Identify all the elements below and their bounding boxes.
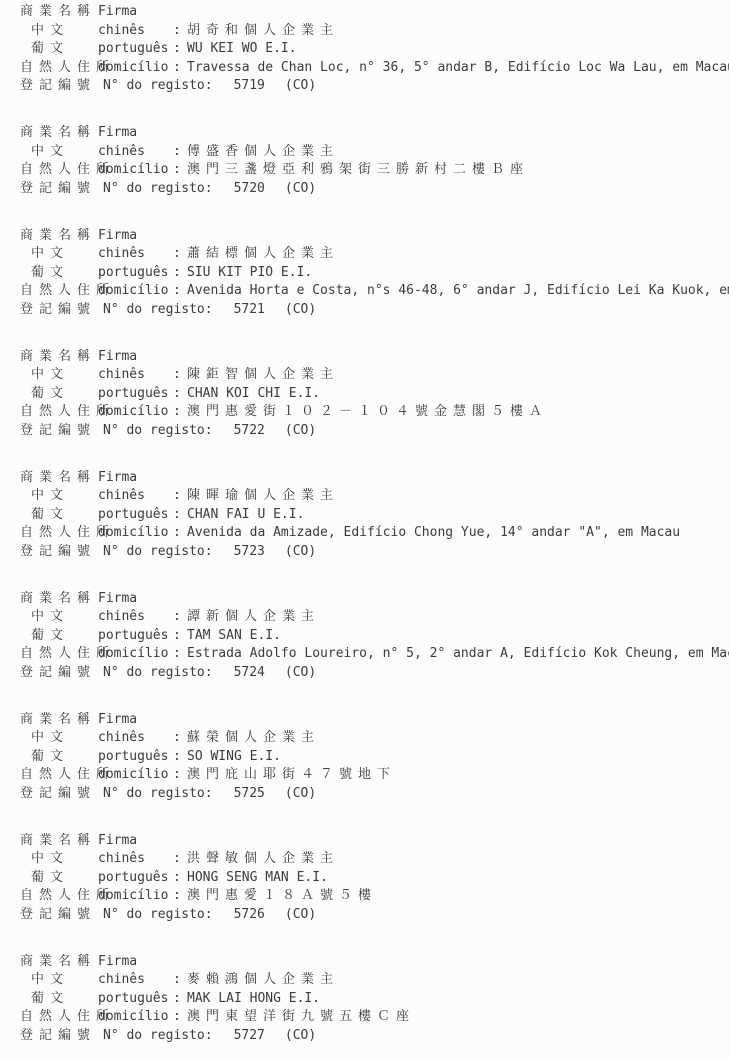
registration-number: 5724	[234, 664, 265, 683]
record-row-portuguese-name: 葡文 português : MAK LAI HONG E.I.	[20, 990, 729, 1009]
registration-number: 5723	[234, 543, 265, 562]
colon-separator: :	[173, 850, 187, 869]
record-row-registration: 登記編號 N° do registo: 5721 (CO)	[20, 301, 729, 320]
business-name-chinese: 蘇榮個人企業主	[187, 729, 729, 748]
registration-label-cn: 登記編號	[20, 180, 103, 199]
firm-label-pt: Firma	[98, 711, 173, 730]
business-record: 商業名稱 Firma 中文 chinês : 傅盛香個人企業主 自然人住所 do…	[20, 124, 729, 198]
record-row-portuguese-name: 葡文 português : TAM SAN E.I.	[20, 627, 729, 646]
registration-label-pt: N° do registo:	[103, 180, 213, 199]
colon-separator: :	[173, 487, 187, 506]
business-name-portuguese: TAM SAN E.I.	[187, 627, 729, 646]
firm-label-cn: 商業名稱	[20, 3, 98, 22]
firm-label-pt: Firma	[98, 590, 173, 609]
business-name-chinese: 蕭結標個人企業主	[187, 245, 729, 264]
record-row-portuguese-name: 葡文 português : CHAN FAI U E.I.	[20, 506, 729, 525]
firm-label-pt: Firma	[98, 348, 173, 367]
record-row-registration: 登記編號 N° do registo: 5727 (CO)	[20, 1027, 729, 1046]
address-label-cn: 自然人住所	[20, 887, 98, 906]
record-row-registration: 登記編號 N° do registo: 5720 (CO)	[20, 180, 729, 199]
firm-label-pt: Firma	[98, 832, 173, 851]
record-row-chinese-name: 中文 chinês : 蕭結標個人企業主	[20, 245, 729, 264]
colon-separator: :	[173, 869, 187, 888]
record-row-firm: 商業名稱 Firma	[20, 590, 729, 609]
address-label-pt: domicílio	[98, 887, 173, 906]
record-row-chinese-name: 中文 chinês : 傅盛香個人企業主	[20, 143, 729, 162]
colon-separator: :	[173, 264, 187, 283]
chinese-label: 中文	[20, 971, 98, 990]
record-row-firm: 商業名稱 Firma	[20, 348, 729, 367]
registration-label-pt: N° do registo:	[103, 301, 213, 320]
firm-label-cn: 商業名稱	[20, 711, 98, 730]
business-name-chinese: 胡奇和個人企業主	[187, 22, 729, 41]
record-row-registration: 登記編號 N° do registo: 5723 (CO)	[20, 543, 729, 562]
address-label-cn: 自然人住所	[20, 645, 98, 664]
record-row-address: 自然人住所 domicílio : 澳門惠愛街１０２－１０４號金慧閣５樓Ａ	[20, 403, 729, 422]
record-row-address: 自然人住所 domicílio : Estrada Adolfo Loureir…	[20, 645, 729, 664]
registration-label-cn: 登記編號	[20, 301, 103, 320]
business-record: 商業名稱 Firma 中文 chinês : 陳鉅智個人企業主 葡文 portu…	[20, 348, 729, 441]
address-label-cn: 自然人住所	[20, 1008, 98, 1027]
record-row-registration: 登記編號 N° do registo: 5719 (CO)	[20, 77, 729, 96]
firm-label-cn: 商業名稱	[20, 832, 98, 851]
chinese-lang-label: chinês	[98, 729, 173, 748]
address-value: 澳門東望洋街九號五樓Ｃ座	[187, 1008, 729, 1027]
business-record: 商業名稱 Firma 中文 chinês : 胡奇和個人企業主 葡文 portu…	[20, 3, 729, 96]
registration-label-pt: N° do registo:	[103, 422, 213, 441]
business-record: 商業名稱 Firma 中文 chinês : 洪聲敏個人企業主 葡文 portu…	[20, 832, 729, 925]
address-label-pt: domicílio	[98, 645, 173, 664]
record-row-registration: 登記編號 N° do registo: 5725 (CO)	[20, 785, 729, 804]
record-row-chinese-name: 中文 chinês : 陳暉瑜個人企業主	[20, 487, 729, 506]
business-record: 商業名稱 Firma 中文 chinês : 陳暉瑜個人企業主 葡文 portu…	[20, 469, 729, 562]
registration-number: 5719	[234, 77, 265, 96]
chinese-lang-label: chinês	[98, 143, 173, 162]
portuguese-label: 葡文	[20, 627, 98, 646]
chinese-label: 中文	[20, 850, 98, 869]
business-name-portuguese: WU KEI WO E.I.	[187, 40, 729, 59]
chinese-lang-label: chinês	[98, 971, 173, 990]
chinese-label: 中文	[20, 143, 98, 162]
business-name-portuguese: SIU KIT PIO E.I.	[187, 264, 729, 283]
colon-separator: :	[173, 403, 187, 422]
address-label-cn: 自然人住所	[20, 161, 98, 180]
record-row-registration: 登記編號 N° do registo: 5724 (CO)	[20, 664, 729, 683]
business-name-chinese: 洪聲敏個人企業主	[187, 850, 729, 869]
registration-number: 5727	[234, 1027, 265, 1046]
registration-suffix: (CO)	[285, 906, 316, 925]
portuguese-lang-label: português	[98, 264, 173, 283]
address-value: 澳門惠愛街１０２－１０４號金慧閣５樓Ａ	[187, 403, 729, 422]
record-row-address: 自然人住所 domicílio : 澳門三盞燈亞利鴉架街三勝新村二樓Ｂ座	[20, 161, 729, 180]
address-value: 澳門三盞燈亞利鴉架街三勝新村二樓Ｂ座	[187, 161, 729, 180]
record-row-address: 自然人住所 domicílio : 澳門庇山耶街４７號地下	[20, 766, 729, 785]
firm-label-pt: Firma	[98, 227, 173, 246]
registration-label-pt: N° do registo:	[103, 664, 213, 683]
colon-separator: :	[173, 22, 187, 41]
record-row-chinese-name: 中文 chinês : 麥賴鴻個人企業主	[20, 971, 729, 990]
portuguese-label: 葡文	[20, 990, 98, 1009]
address-label-pt: domicílio	[98, 766, 173, 785]
colon-separator: :	[173, 608, 187, 627]
registration-number: 5725	[234, 785, 265, 804]
chinese-label: 中文	[20, 366, 98, 385]
record-row-firm: 商業名稱 Firma	[20, 227, 729, 246]
registration-label-pt: N° do registo:	[103, 77, 213, 96]
address-label-pt: domicílio	[98, 59, 173, 78]
record-row-firm: 商業名稱 Firma	[20, 953, 729, 972]
portuguese-lang-label: português	[98, 385, 173, 404]
business-record: 商業名稱 Firma 中文 chinês : 麥賴鴻個人企業主 葡文 portu…	[20, 953, 729, 1046]
address-label-cn: 自然人住所	[20, 766, 98, 785]
record-row-chinese-name: 中文 chinês : 蘇榮個人企業主	[20, 729, 729, 748]
business-name-portuguese: CHAN KOI CHI E.I.	[187, 385, 729, 404]
colon-separator: :	[173, 282, 187, 301]
record-row-portuguese-name: 葡文 português : WU KEI WO E.I.	[20, 40, 729, 59]
portuguese-lang-label: português	[98, 869, 173, 888]
chinese-label: 中文	[20, 608, 98, 627]
colon-separator: :	[173, 645, 187, 664]
business-record: 商業名稱 Firma 中文 chinês : 蕭結標個人企業主 葡文 portu…	[20, 227, 729, 320]
portuguese-label: 葡文	[20, 264, 98, 283]
address-value: Estrada Adolfo Loureiro, n° 5, 2° andar …	[187, 645, 729, 664]
chinese-lang-label: chinês	[98, 366, 173, 385]
registration-suffix: (CO)	[285, 543, 316, 562]
chinese-lang-label: chinês	[98, 487, 173, 506]
firm-label-pt: Firma	[98, 3, 173, 22]
chinese-label: 中文	[20, 245, 98, 264]
registration-number: 5720	[234, 180, 265, 199]
record-row-portuguese-name: 葡文 português : CHAN KOI CHI E.I.	[20, 385, 729, 404]
record-row-firm: 商業名稱 Firma	[20, 3, 729, 22]
firm-label-cn: 商業名稱	[20, 227, 98, 246]
records-list: 商業名稱 Firma 中文 chinês : 胡奇和個人企業主 葡文 portu…	[20, 3, 729, 1045]
record-row-address: 自然人住所 domicílio : 澳門惠愛１８Ａ號５樓	[20, 887, 729, 906]
registration-label-cn: 登記編號	[20, 664, 103, 683]
business-record: 商業名稱 Firma 中文 chinês : 蘇榮個人企業主 葡文 portug…	[20, 711, 729, 804]
registration-number: 5726	[234, 906, 265, 925]
record-row-address: 自然人住所 domicílio : Avenida da Amizade, Ed…	[20, 524, 729, 543]
address-label-pt: domicílio	[98, 524, 173, 543]
business-name-portuguese: HONG SENG MAN E.I.	[187, 869, 729, 888]
colon-separator: :	[173, 748, 187, 767]
business-name-chinese: 傅盛香個人企業主	[187, 143, 729, 162]
registration-suffix: (CO)	[285, 180, 316, 199]
firm-label-pt: Firma	[98, 953, 173, 972]
record-row-firm: 商業名稱 Firma	[20, 124, 729, 143]
registration-label-cn: 登記編號	[20, 543, 103, 562]
address-value: 澳門庇山耶街４７號地下	[187, 766, 729, 785]
firm-label-cn: 商業名稱	[20, 469, 98, 488]
colon-separator: :	[173, 971, 187, 990]
record-row-firm: 商業名稱 Firma	[20, 832, 729, 851]
firm-label-pt: Firma	[98, 124, 173, 143]
colon-separator: :	[173, 245, 187, 264]
address-label-pt: domicílio	[98, 282, 173, 301]
registration-label-cn: 登記編號	[20, 785, 103, 804]
registration-label-pt: N° do registo:	[103, 906, 213, 925]
portuguese-lang-label: português	[98, 506, 173, 525]
registration-number: 5722	[234, 422, 265, 441]
colon-separator: :	[173, 385, 187, 404]
address-label-cn: 自然人住所	[20, 282, 98, 301]
address-value: Avenida Horta e Costa, n°s 46-48, 6° and…	[187, 282, 729, 301]
address-label-cn: 自然人住所	[20, 59, 98, 78]
registration-suffix: (CO)	[285, 785, 316, 804]
colon-separator: :	[173, 729, 187, 748]
colon-separator: :	[173, 524, 187, 543]
business-record: 商業名稱 Firma 中文 chinês : 譚新個人企業主 葡文 portug…	[20, 590, 729, 683]
firm-label-pt: Firma	[98, 469, 173, 488]
registration-suffix: (CO)	[285, 422, 316, 441]
address-value: Avenida da Amizade, Edifício Chong Yue, …	[187, 524, 729, 543]
portuguese-lang-label: português	[98, 627, 173, 646]
portuguese-label: 葡文	[20, 748, 98, 767]
colon-separator: :	[173, 366, 187, 385]
record-row-firm: 商業名稱 Firma	[20, 469, 729, 488]
chinese-lang-label: chinês	[98, 22, 173, 41]
registration-label-pt: N° do registo:	[103, 785, 213, 804]
chinese-label: 中文	[20, 729, 98, 748]
address-value: Travessa de Chan Loc, n° 36, 5° andar B,…	[187, 59, 729, 78]
registration-number: 5721	[234, 301, 265, 320]
business-name-portuguese: SO WING E.I.	[187, 748, 729, 767]
address-label-pt: domicílio	[98, 1008, 173, 1027]
registration-suffix: (CO)	[285, 301, 316, 320]
colon-separator: :	[173, 887, 187, 906]
portuguese-lang-label: português	[98, 990, 173, 1009]
firm-label-cn: 商業名稱	[20, 124, 98, 143]
registration-suffix: (CO)	[285, 664, 316, 683]
portuguese-label: 葡文	[20, 40, 98, 59]
registration-label-cn: 登記編號	[20, 422, 103, 441]
address-label-pt: domicílio	[98, 403, 173, 422]
firm-label-cn: 商業名稱	[20, 348, 98, 367]
chinese-lang-label: chinês	[98, 245, 173, 264]
portuguese-label: 葡文	[20, 869, 98, 888]
chinese-label: 中文	[20, 22, 98, 41]
colon-separator: :	[173, 1008, 187, 1027]
registration-label-cn: 登記編號	[20, 906, 103, 925]
colon-separator: :	[173, 766, 187, 785]
record-row-address: 自然人住所 domicílio : Avenida Horta e Costa,…	[20, 282, 729, 301]
record-row-chinese-name: 中文 chinês : 譚新個人企業主	[20, 608, 729, 627]
record-row-portuguese-name: 葡文 português : HONG SENG MAN E.I.	[20, 869, 729, 888]
firm-label-cn: 商業名稱	[20, 953, 98, 972]
address-value: 澳門惠愛１８Ａ號５樓	[187, 887, 729, 906]
chinese-lang-label: chinês	[98, 608, 173, 627]
registration-label-pt: N° do registo:	[103, 1027, 213, 1046]
record-row-portuguese-name: 葡文 português : SIU KIT PIO E.I.	[20, 264, 729, 283]
colon-separator: :	[173, 59, 187, 78]
business-name-chinese: 陳暉瑜個人企業主	[187, 487, 729, 506]
colon-separator: :	[173, 506, 187, 525]
business-name-chinese: 譚新個人企業主	[187, 608, 729, 627]
registry-page: 商業名稱 Firma 中文 chinês : 胡奇和個人企業主 葡文 portu…	[0, 0, 729, 1057]
chinese-lang-label: chinês	[98, 850, 173, 869]
chinese-label: 中文	[20, 487, 98, 506]
registration-suffix: (CO)	[285, 77, 316, 96]
business-name-portuguese: MAK LAI HONG E.I.	[187, 990, 729, 1009]
colon-separator: :	[173, 161, 187, 180]
registration-suffix: (CO)	[285, 1027, 316, 1046]
portuguese-label: 葡文	[20, 385, 98, 404]
record-row-registration: 登記編號 N° do registo: 5726 (CO)	[20, 906, 729, 925]
address-label-cn: 自然人住所	[20, 524, 98, 543]
business-name-chinese: 陳鉅智個人企業主	[187, 366, 729, 385]
portuguese-lang-label: português	[98, 40, 173, 59]
record-row-registration: 登記編號 N° do registo: 5722 (CO)	[20, 422, 729, 441]
registration-label-cn: 登記編號	[20, 1027, 103, 1046]
business-name-portuguese: CHAN FAI U E.I.	[187, 506, 729, 525]
portuguese-lang-label: português	[98, 748, 173, 767]
record-row-portuguese-name: 葡文 português : SO WING E.I.	[20, 748, 729, 767]
firm-label-cn: 商業名稱	[20, 590, 98, 609]
record-row-address: 自然人住所 domicílio : Travessa de Chan Loc, …	[20, 59, 729, 78]
record-row-chinese-name: 中文 chinês : 陳鉅智個人企業主	[20, 366, 729, 385]
portuguese-label: 葡文	[20, 506, 98, 525]
registration-label-pt: N° do registo:	[103, 543, 213, 562]
business-name-chinese: 麥賴鴻個人企業主	[187, 971, 729, 990]
registration-label-cn: 登記編號	[20, 77, 103, 96]
colon-separator: :	[173, 40, 187, 59]
record-row-chinese-name: 中文 chinês : 洪聲敏個人企業主	[20, 850, 729, 869]
record-row-chinese-name: 中文 chinês : 胡奇和個人企業主	[20, 22, 729, 41]
record-row-address: 自然人住所 domicílio : 澳門東望洋街九號五樓Ｃ座	[20, 1008, 729, 1027]
address-label-cn: 自然人住所	[20, 403, 98, 422]
record-row-firm: 商業名稱 Firma	[20, 711, 729, 730]
colon-separator: :	[173, 990, 187, 1009]
colon-separator: :	[173, 143, 187, 162]
colon-separator: :	[173, 627, 187, 646]
address-label-pt: domicílio	[98, 161, 173, 180]
